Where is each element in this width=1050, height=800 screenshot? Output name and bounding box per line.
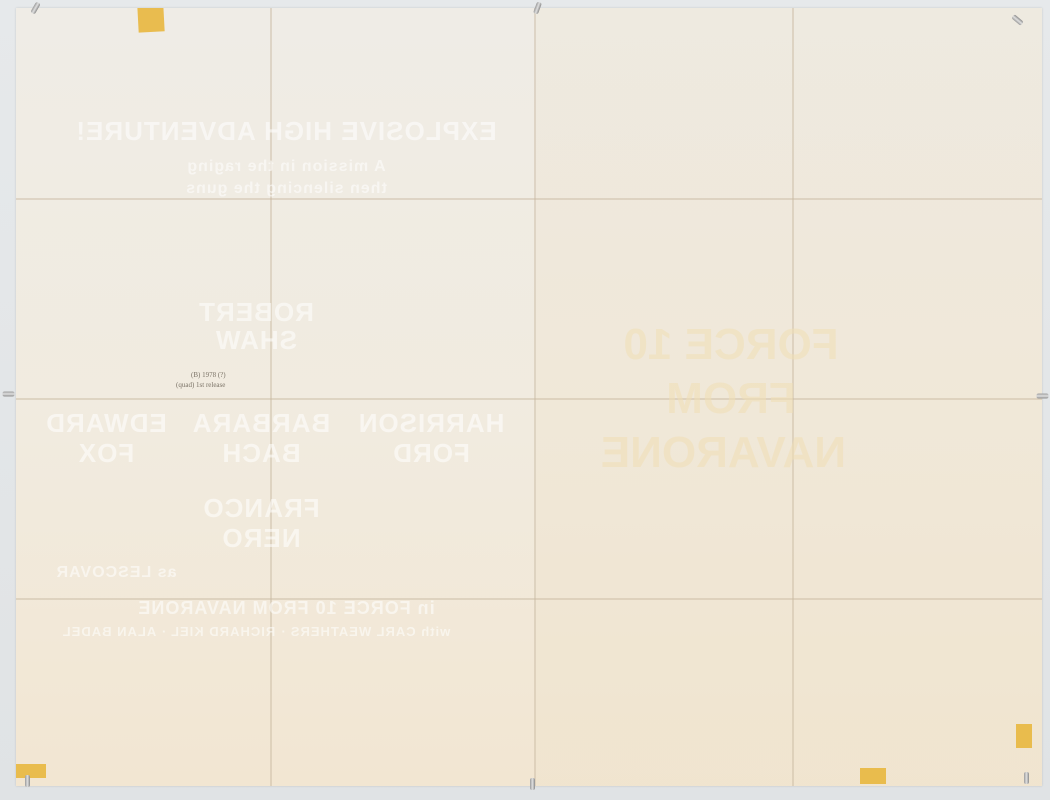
pin — [530, 778, 535, 790]
tagline-showthrough: EXPLOSIVE HIGH ADVENTURE! — [36, 116, 536, 147]
cast-showthrough: EDWARD FOX — [36, 408, 176, 468]
tape-piece — [16, 764, 46, 778]
pencil-note: (quad) 1st release — [176, 381, 225, 389]
fold-line — [16, 198, 1042, 200]
tape-piece — [137, 8, 164, 33]
cast-showthrough: FRANCO NERO — [186, 493, 336, 553]
fold-line — [16, 398, 1042, 400]
tape-piece — [860, 768, 886, 784]
cast-showthrough: ROBERT SHAW — [186, 298, 326, 354]
subtagline-showthrough: then silencing the guns — [156, 180, 416, 198]
support-cast-showthrough: with CARL WEATHERS · RICHARD KIEL · ALAN… — [36, 624, 476, 639]
cast-role-showthrough: as LESCOVAR — [36, 564, 196, 582]
pin — [25, 775, 30, 787]
film-line-showthrough: in FORCE 10 FROM NAVARONE — [76, 598, 496, 619]
pin — [1037, 394, 1049, 399]
pin — [3, 392, 15, 397]
title-showthrough: FORCE 10 FROM NAVARONE — [616, 318, 846, 480]
cast-showthrough: BARBARA BACH — [186, 408, 336, 468]
tape-piece — [1016, 724, 1032, 748]
poster-back: EXPLOSIVE HIGH ADVENTURE! A mission in t… — [16, 8, 1042, 786]
pencil-note: (B) 1978 (?) — [191, 371, 226, 379]
pin — [1024, 772, 1029, 784]
subtagline-showthrough: A mission in the raging — [156, 158, 416, 176]
cast-showthrough: HARRISON FORD — [346, 408, 516, 468]
